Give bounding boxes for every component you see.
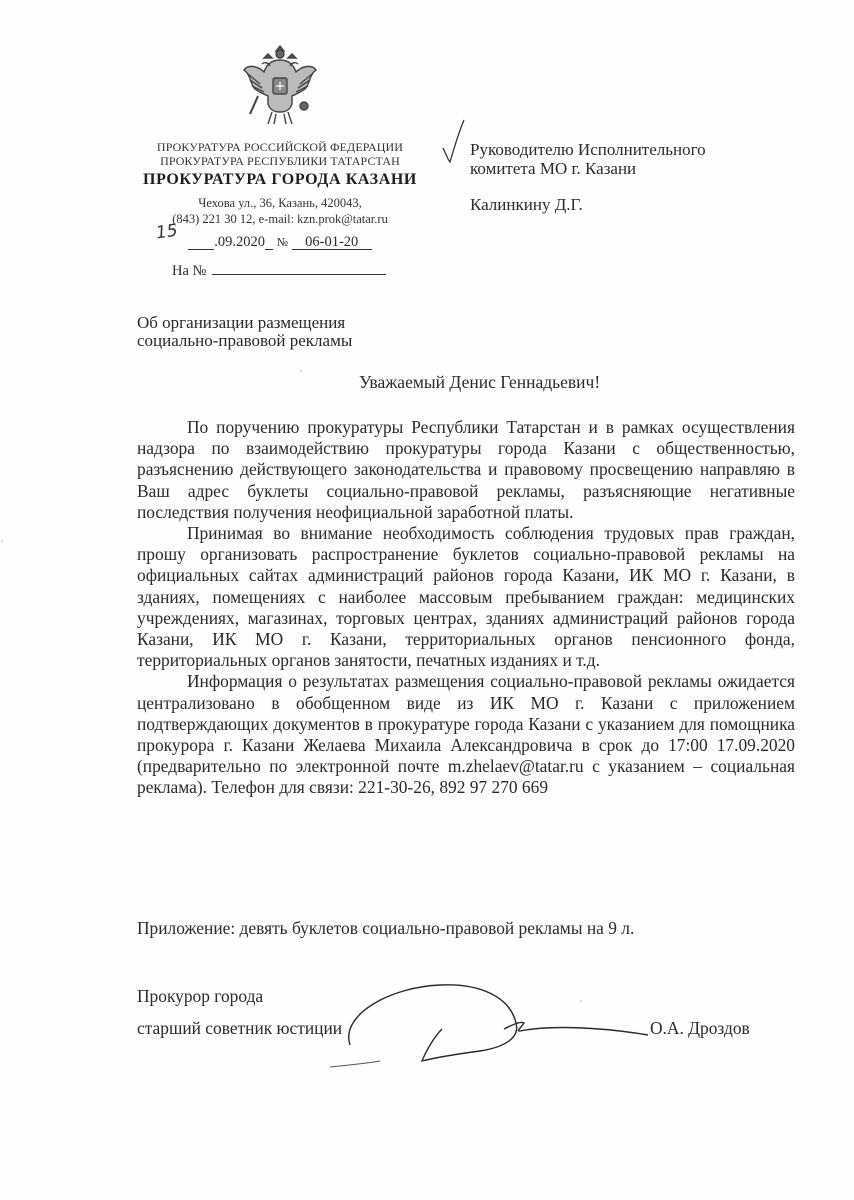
- organization-name: ПРОКУРАТУРА ГОРОДА КАЗАНИ: [130, 170, 430, 190]
- letterhead: ПРОКУРАТУРА РОССИЙСКОЙ ФЕДЕРАЦИИ ПРОКУРА…: [130, 40, 430, 281]
- handwritten-signature-icon: [330, 975, 660, 1070]
- signer-title-line-2: старший советник юстиции: [137, 1018, 342, 1039]
- number-sign: №: [277, 235, 288, 249]
- registration-line: 15 .09.2020 № 06-01-20: [130, 232, 430, 252]
- in-reply-line: На №: [130, 260, 430, 281]
- handwritten-day: 15: [155, 221, 179, 244]
- coat-of-arms-icon: [240, 40, 320, 130]
- scan-speck: [580, 1000, 582, 1002]
- greeting: Уважаемый Денис Геннадьевич!: [359, 372, 600, 393]
- date-day-blank: [188, 235, 214, 250]
- recipient-block: Руководителю Исполнительного комитета МО…: [470, 140, 706, 214]
- scan-speck: [300, 370, 302, 372]
- in-reply-blank: [212, 260, 386, 275]
- letter-body: По поручению прокуратуры Республики Тата…: [137, 417, 795, 799]
- letterhead-line-2: ПРОКУРАТУРА РЕСПУБЛИКИ ТАТАРСТАН: [130, 154, 430, 168]
- recipient-line-1: Руководителю Исполнительного: [470, 140, 706, 159]
- body-paragraph-3: Информация о результатах размещения соци…: [137, 671, 795, 798]
- body-paragraph-1: По поручению прокуратуры Республики Тата…: [137, 417, 795, 523]
- letterhead-line-1: ПРОКУРАТУРА РОССИЙСКОЙ ФЕДЕРАЦИИ: [130, 140, 430, 154]
- scan-speck: [1, 540, 3, 542]
- handwritten-check-icon: [440, 118, 470, 166]
- appendix-note: Приложение: девять буклетов социально-пр…: [137, 918, 634, 939]
- body-paragraph-2: Принимая во внимание необходимость соблю…: [137, 523, 795, 671]
- signer-name: О.А. Дроздов: [650, 1018, 750, 1039]
- document-page: ПРОКУРАТУРА РОССИЙСКОЙ ФЕДЕРАЦИИ ПРОКУРА…: [0, 0, 854, 1200]
- subject-block: Об организации размещения социально-прав…: [137, 314, 352, 350]
- in-reply-label: На №: [172, 263, 206, 279]
- document-number: 06-01-20: [292, 235, 372, 250]
- recipient-name: Калинкину Д.Г.: [470, 195, 706, 214]
- signer-title-line-1: Прокурор города: [137, 986, 263, 1007]
- organization-address: Чехова ул., 36, Казань, 420043,: [130, 196, 430, 211]
- date-rest: .09.2020: [214, 234, 265, 250]
- subject-line-2: социально-правовой рекламы: [137, 332, 352, 350]
- recipient-line-2: комитета МО г. Казани: [470, 159, 706, 178]
- subject-line-1: Об организации размещения: [137, 314, 352, 332]
